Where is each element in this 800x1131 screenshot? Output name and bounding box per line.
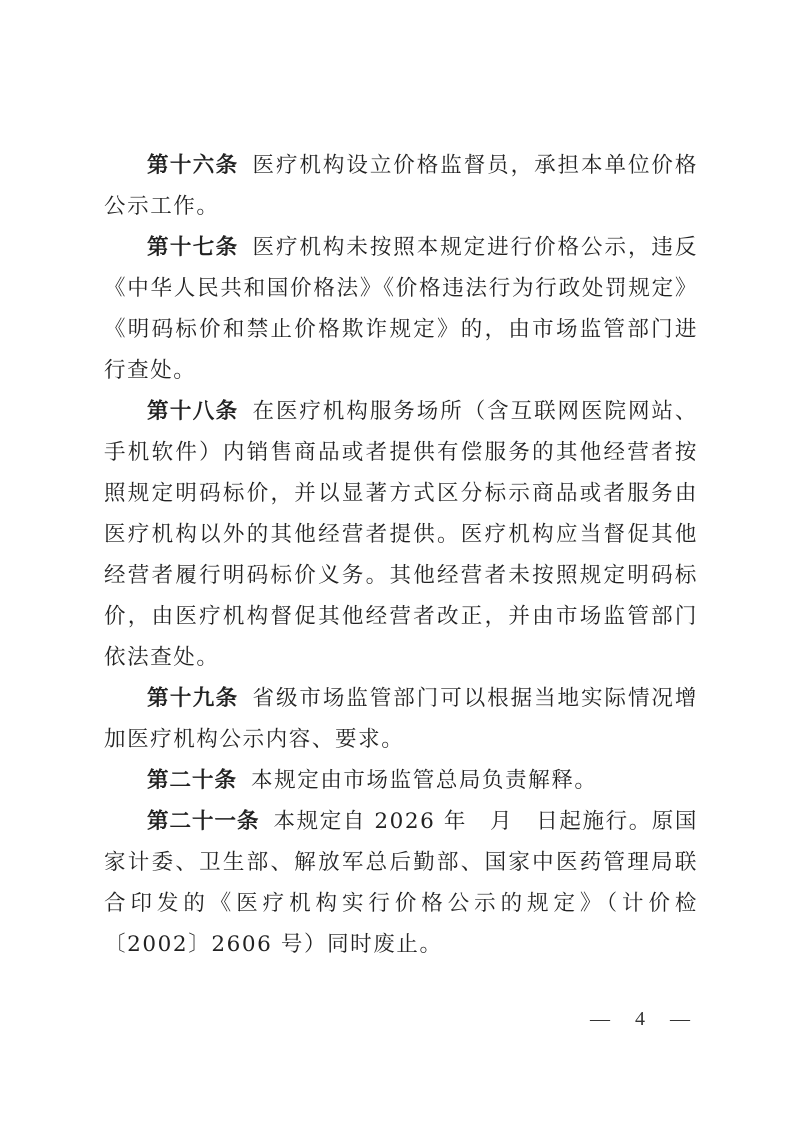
- article-21: 第二十一条本规定自 2026 年 月 日起施行。原国家计委、卫生部、解放军总后勤…: [104, 801, 698, 965]
- article-19: 第十九条省级市场监管部门可以根据当地实际情况增加医疗机构公示内容、要求。: [104, 678, 698, 760]
- article-heading: 第十七条: [147, 235, 238, 260]
- article-text: 本规定由市场监管总局负责解释。: [251, 768, 598, 793]
- article-heading: 第十八条: [147, 399, 238, 424]
- article-heading: 第十六条: [147, 153, 238, 178]
- article-heading: 第二十一条: [147, 809, 260, 834]
- article-heading: 第十九条: [147, 686, 238, 711]
- article-text: 在医疗机构服务场所（含互联网医院网站、手机软件）内销售商品或者提供有偿服务的其他…: [104, 399, 698, 670]
- page-number: — 4 —: [590, 1008, 700, 1031]
- article-16: 第十六条医疗机构设立价格监督员，承担本单位价格公示工作。: [104, 145, 698, 227]
- document-body: 第十六条医疗机构设立价格监督员，承担本单位价格公示工作。 第十七条医疗机构未按照…: [104, 145, 698, 965]
- article-heading: 第二十条: [147, 768, 237, 793]
- article-20: 第二十条本规定由市场监管总局负责解释。: [104, 760, 698, 801]
- article-18: 第十八条在医疗机构服务场所（含互联网医院网站、手机软件）内销售商品或者提供有偿服…: [104, 391, 698, 678]
- article-17: 第十七条医疗机构未按照本规定进行价格公示，违反《中华人民共和国价格法》《价格违法…: [104, 227, 698, 391]
